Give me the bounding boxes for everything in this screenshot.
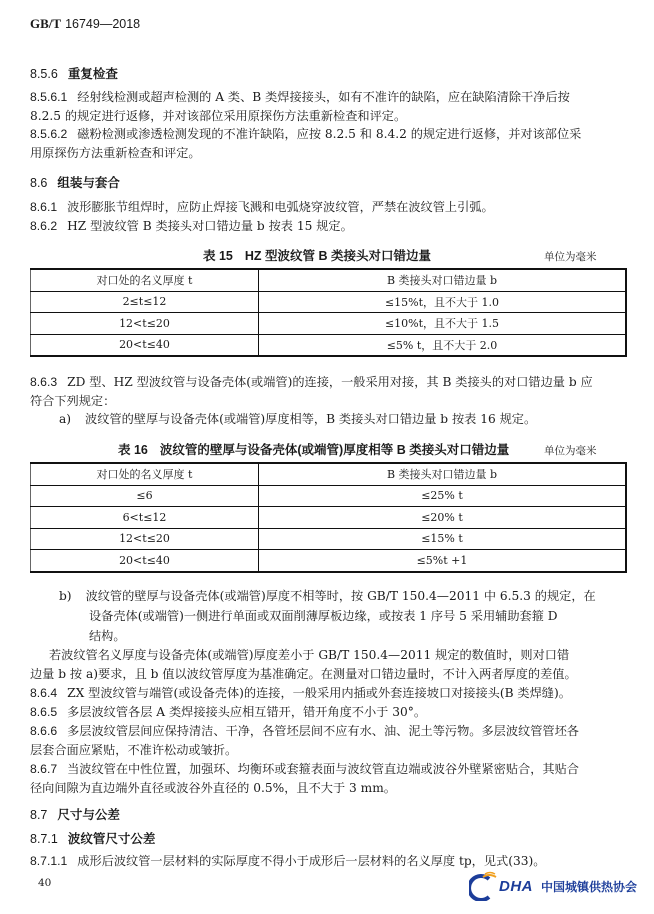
clause-8-6-5: 8.6.5多层波纹管各层 A 类焊接接头应相互错开，错开角度不小于 30°。 bbox=[30, 704, 426, 720]
heading-8-5-6: 8.5.6重复检查 bbox=[30, 64, 118, 82]
clause-8-6-3-cont: 符合下列规定： bbox=[30, 393, 115, 409]
heading-8-7: 8.7尺寸与公差 bbox=[30, 805, 120, 823]
table-15-caption: 表 15HZ 型波纹管 B 类接头对口错边量 bbox=[203, 246, 431, 264]
organization-logo: DHA 中国城镇供热协会 bbox=[469, 871, 637, 901]
table-cell: ≤10%t，且不大于 1.5 bbox=[259, 313, 627, 335]
clause-8-6-3-note: 若波纹管名义厚度与设备壳体(或端管)厚度差小于 GB/T 150.4—2011 … bbox=[49, 647, 569, 663]
table-cell: ≤6 bbox=[31, 485, 259, 507]
table-cell: 12<t≤20 bbox=[31, 313, 259, 335]
table-header-row: 对口处的名义厚度 t B 类接头对口错边量 b bbox=[31, 463, 627, 485]
clause-8-6-3-b: b)波纹管的壁厚与设备壳体(或端管)厚度不相等时，按 GB/T 150.4—20… bbox=[59, 588, 596, 604]
table-header-cell: 对口处的名义厚度 t bbox=[31, 463, 259, 485]
standard-prefix: GB/T bbox=[30, 16, 61, 31]
standard-number: 16749—2018 bbox=[65, 17, 140, 31]
table-15-unit: 单位为毫米 bbox=[544, 249, 597, 264]
table-header-cell: B 类接头对口错边量 b bbox=[259, 463, 627, 485]
page-number: 40 bbox=[38, 877, 51, 889]
table-16-caption: 表 16波纹管的壁厚与设备壳体(或端管)厚度相等 B 类接头对口错边量 bbox=[118, 440, 509, 458]
table-row: 6<t≤12 ≤20% t bbox=[31, 507, 627, 529]
logo-text: DHA bbox=[499, 878, 533, 895]
table-cell: ≤5% t，且不大于 2.0 bbox=[259, 334, 627, 356]
clause-8-6-2: 8.6.2HZ 型波纹管 B 类接头对口错边量 b 按表 15 规定。 bbox=[30, 218, 353, 234]
table-row: 20<t≤40 ≤5% t，且不大于 2.0 bbox=[31, 334, 627, 356]
table-row: ≤6 ≤25% t bbox=[31, 485, 627, 507]
heading-8-6: 8.6组装与套合 bbox=[30, 173, 120, 191]
clause-8-6-3-b-cont1: 设备壳体(或端管)一侧进行单面或双面削薄厚板边缘，或按表 1 序号 5 采用辅助… bbox=[89, 608, 558, 624]
clause-8-6-6: 8.6.6多层波纹管层间应保持清洁、干净，各管坯层间不应有水、油、泥土等污物。多… bbox=[30, 723, 579, 739]
table-row: 12<t≤20 ≤10%t，且不大于 1.5 bbox=[31, 313, 627, 335]
table-cell: ≤5%t +1 bbox=[259, 550, 627, 572]
clause-8-5-6-2-cont: 用原探伤方法重新检查和评定。 bbox=[30, 145, 201, 161]
clause-8-7-1-1: 8.7.1.1成形后波纹管一层材料的实际厚度不得小于成形后一层材料的名义厚度 t… bbox=[30, 853, 545, 869]
table-cell: 20<t≤40 bbox=[31, 334, 259, 356]
table-row: 2≤t≤12 ≤15%t，且不大于 1.0 bbox=[31, 291, 627, 313]
table-15: 对口处的名义厚度 t B 类接头对口错边量 b 2≤t≤12 ≤15%t，且不大… bbox=[30, 268, 627, 357]
clause-8-6-1: 8.6.1波形膨胀节组焊时，应防止焊接飞溅和电弧烧穿波纹管，严禁在波纹管上引弧。 bbox=[30, 199, 494, 215]
organization-name: 中国城镇供热协会 bbox=[541, 878, 637, 895]
clause-8-6-3-b-cont2: 结构。 bbox=[89, 628, 126, 644]
clause-8-5-6-2: 8.5.6.2磁粉检测或渗透检测发现的不准许缺陷，应按 8.2.5 和 8.4.… bbox=[30, 126, 581, 142]
table-cell: 12<t≤20 bbox=[31, 528, 259, 550]
clause-8-6-4: 8.6.4ZX 型波纹管与端管(或设备壳体)的连接，一般采用内插或外套连接坡口对… bbox=[30, 685, 571, 701]
clause-8-6-3-a: a)波纹管的壁厚与设备壳体(或端管)厚度相等，B 类接头对口错边量 b 按表 1… bbox=[59, 411, 536, 427]
clause-8-5-6-1-cont: 8.2.5 的规定进行返修，并对该部位采用原探伤方法重新检查和评定。 bbox=[30, 108, 406, 124]
table-cell: 20<t≤40 bbox=[31, 550, 259, 572]
table-16-unit: 单位为毫米 bbox=[544, 443, 597, 458]
table-header-cell: B 类接头对口错边量 b bbox=[259, 269, 627, 291]
clause-8-6-3: 8.6.3ZD 型、HZ 型波纹管与设备壳体(或端管)的连接，一般采用对接，其 … bbox=[30, 374, 593, 390]
table-row: 20<t≤40 ≤5%t +1 bbox=[31, 550, 627, 572]
clause-8-6-6-cont: 层套合面应紧贴，不准许松动或皱折。 bbox=[30, 742, 237, 758]
table-header-row: 对口处的名义厚度 t B 类接头对口错边量 b bbox=[31, 269, 627, 291]
table-header-cell: 对口处的名义厚度 t bbox=[31, 269, 259, 291]
clause-8-5-6-1: 8.5.6.1经射线检测或超声检测的 A 类、B 类焊接接头，如有不准许的缺陷，… bbox=[30, 89, 570, 105]
table-cell: 2≤t≤12 bbox=[31, 291, 259, 313]
clause-8-6-7-cont: 径向间隙为直边端外直径或波谷外直径的 0.5%，且不大于 3 mm。 bbox=[30, 780, 396, 796]
table-cell: ≤15%t，且不大于 1.0 bbox=[259, 291, 627, 313]
clause-8-6-3-note-cont: 边量 b 按 a)要求，且 b 值以波纹管厚度为基准确定。在测量对口错边量时，不… bbox=[30, 666, 577, 682]
document-header: GB/T 16749—2018 bbox=[30, 16, 140, 32]
dha-logo-icon bbox=[469, 871, 499, 901]
heading-8-7-1: 8.7.1波纹管尺寸公差 bbox=[30, 829, 155, 847]
table-cell: 6<t≤12 bbox=[31, 507, 259, 529]
clause-8-6-7: 8.6.7当波纹管在中性位置，加强环、均衡环或套箍表面与波纹管直边端或波谷外壁紧… bbox=[30, 761, 579, 777]
table-cell: ≤20% t bbox=[259, 507, 627, 529]
table-16: 对口处的名义厚度 t B 类接头对口错边量 b ≤6 ≤25% t 6<t≤12… bbox=[30, 462, 627, 573]
table-cell: ≤15% t bbox=[259, 528, 627, 550]
table-cell: ≤25% t bbox=[259, 485, 627, 507]
table-row: 12<t≤20 ≤15% t bbox=[31, 528, 627, 550]
